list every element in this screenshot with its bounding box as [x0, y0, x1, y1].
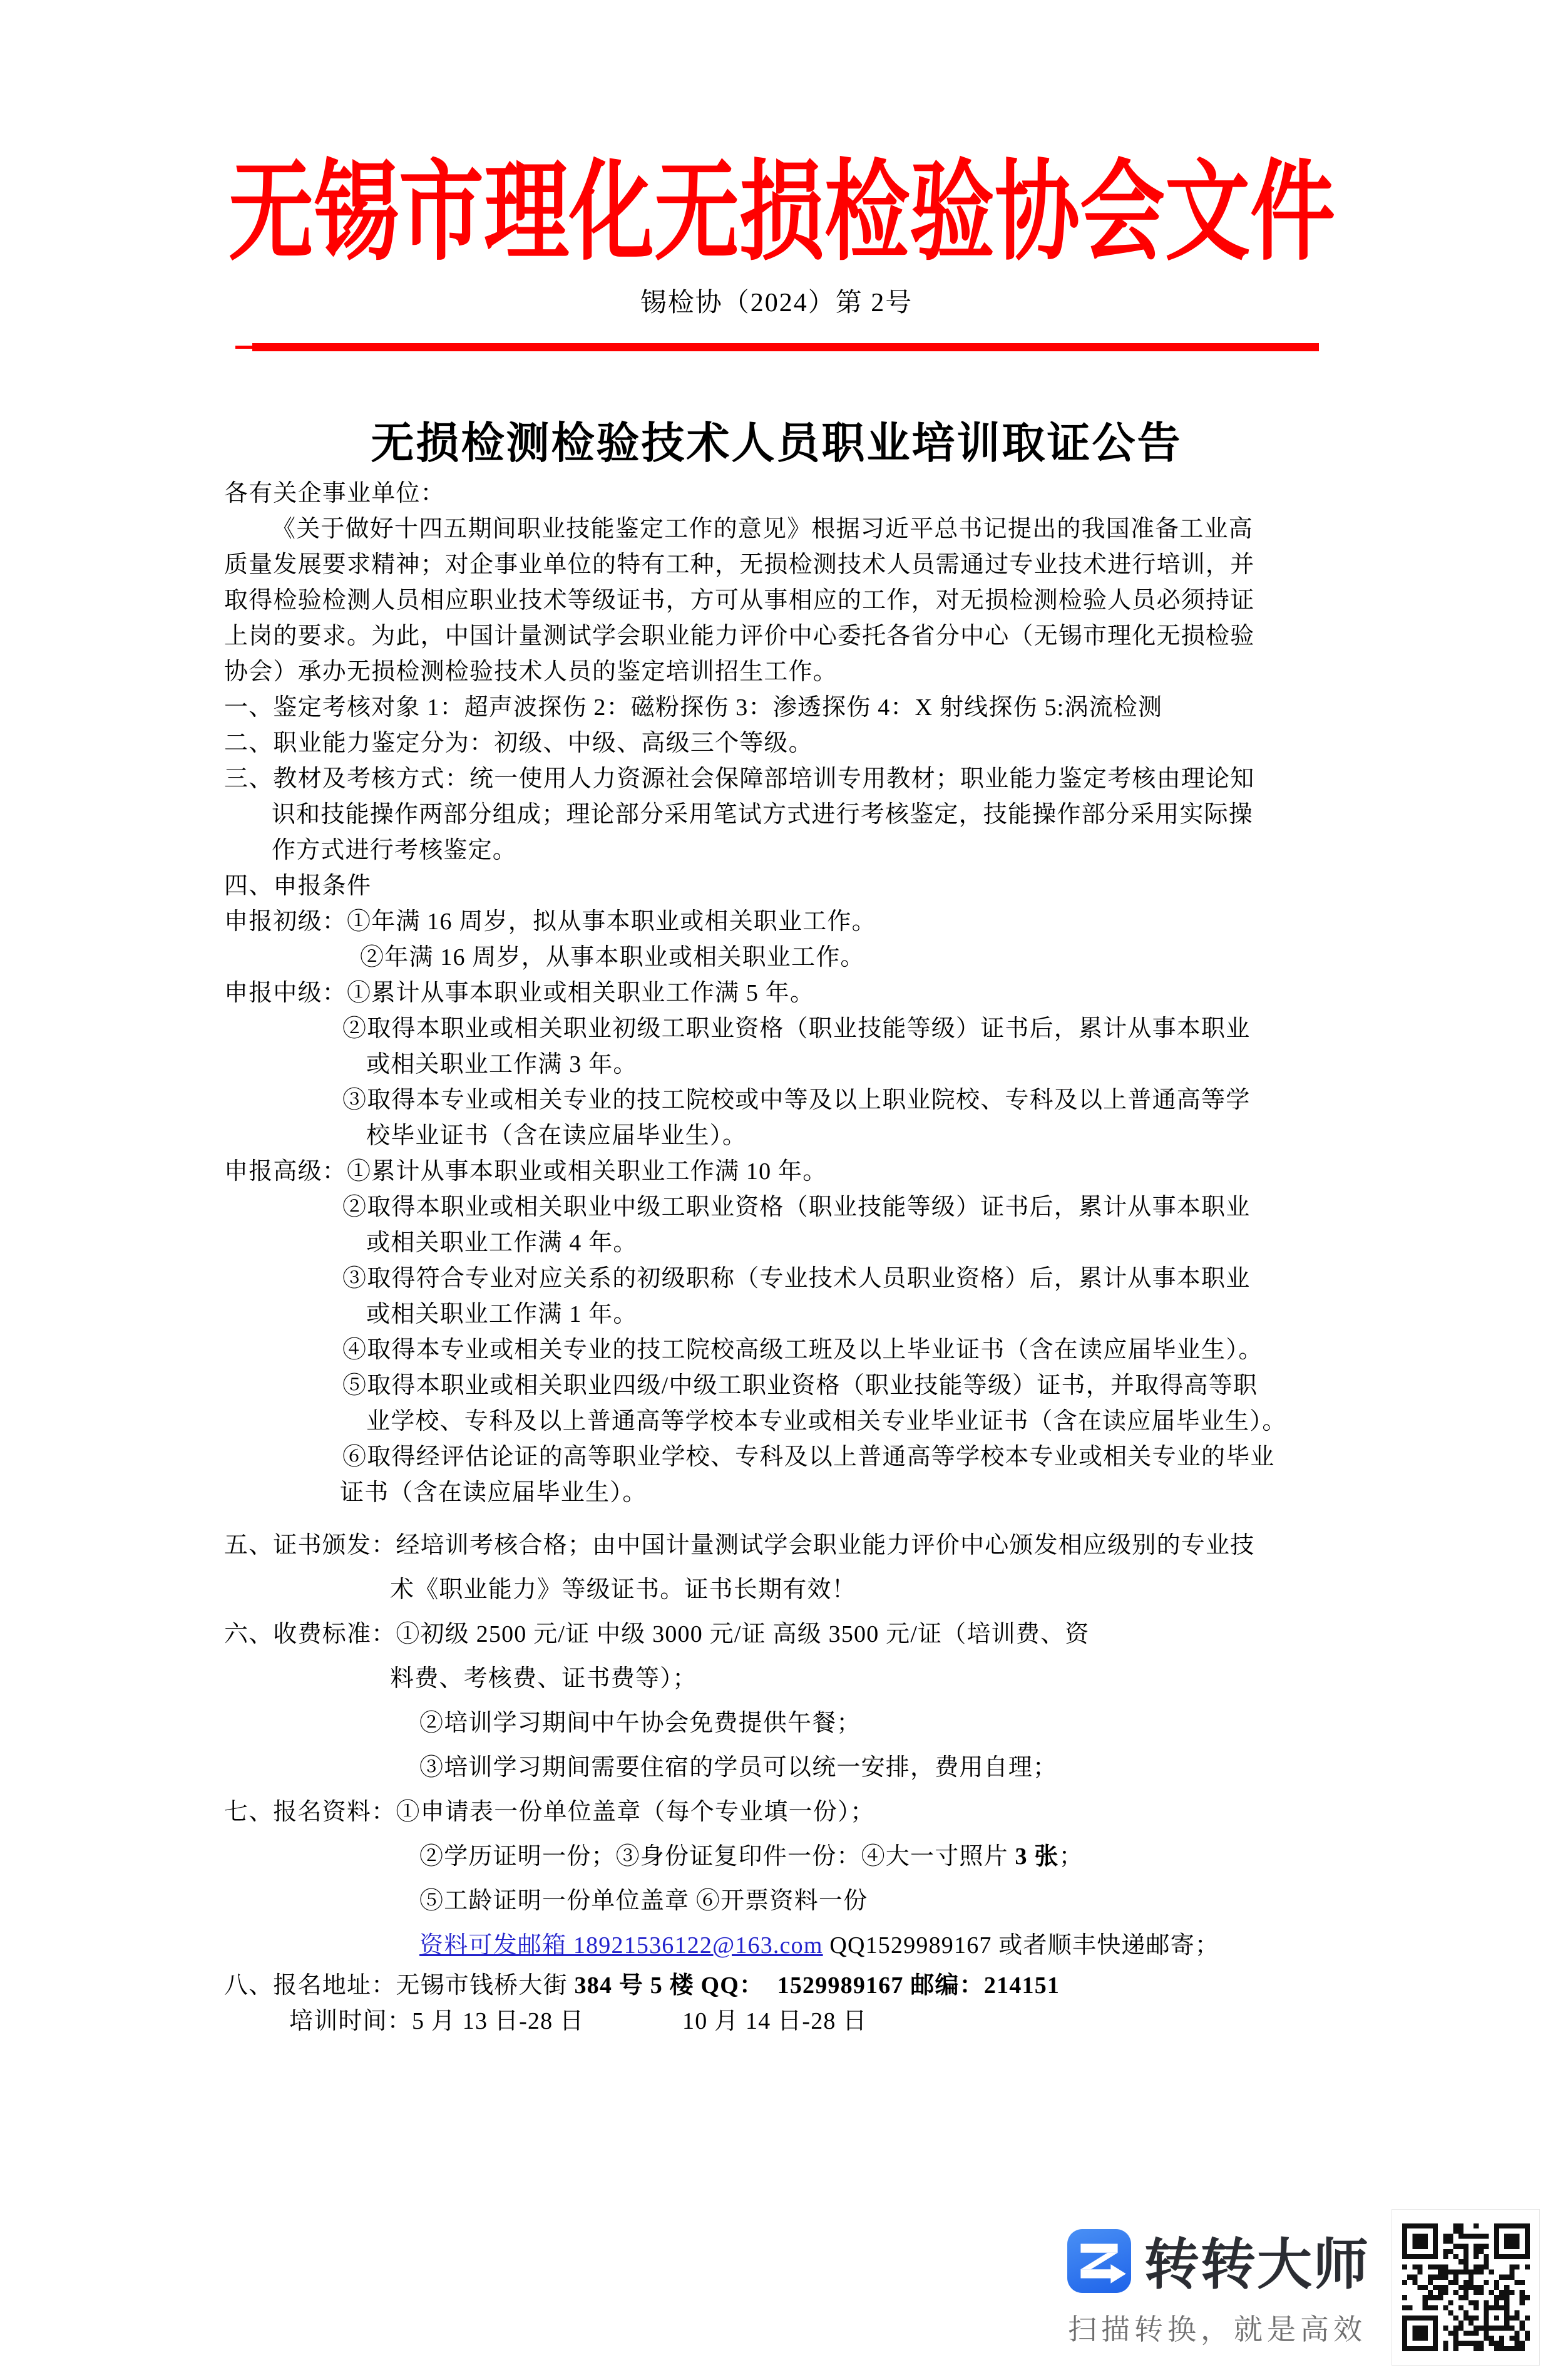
body-line: 识和技能操作两部分组成；理论部分采用笔试方式进行考核鉴定，技能操作部分采用实际操	[224, 797, 1327, 833]
body-line: 三、教材及考核方式：统一使用人力资源社会保障部培训专用教材；职业能力鉴定考核由理…	[224, 761, 1327, 797]
body-line: 协会）承办无损检测检验技术人员的鉴定培训招生工作。	[224, 654, 1327, 690]
notice-body: 各有关企事业单位：《关于做好十四五期间职业技能鉴定工作的意见》根据习近平总书记提…	[224, 476, 1327, 2039]
org-title-char: 市	[399, 124, 484, 281]
body-text: 八、报名地址：无锡市钱桥大街	[224, 1972, 575, 1999]
email-link[interactable]: 资料可发邮箱 18921536122@163.com	[419, 1932, 823, 1959]
org-title-char: 无	[228, 124, 314, 281]
body-text: ②培训学习期间中午协会免费提供午餐；	[419, 1710, 861, 1736]
body-line: 或相关职业工作满 4 年。	[224, 1225, 1327, 1261]
body-line: ③取得符合专业对应关系的初级职称（专业技术人员职业资格）后，累计从事本职业	[224, 1261, 1327, 1297]
body-line: 七、报名资料：①申请表一份单位盖章（每个专业填一份）；	[224, 1790, 1327, 1835]
body-line: 作方式进行考核鉴定。	[224, 833, 1327, 868]
org-title-char: 协	[995, 124, 1080, 281]
body-text: 四、申报条件	[224, 873, 371, 899]
body-text: ④取得本专业或相关专业的技工院校高级工班及以上毕业证书（含在读应届毕业生）。	[342, 1337, 1263, 1363]
brand-logo	[1067, 2229, 1131, 2293]
body-text: ⑤取得本职业或相关职业四级/中级工职业资格（职业技能等级）证书，并取得高等职	[342, 1373, 1258, 1399]
body-line: ③取得本专业或相关专业的技工院校或中等及以上职业院校、专科及以上普通高等学	[224, 1083, 1327, 1118]
body-line: 料费、考核费、证书费等）；	[224, 1657, 1327, 1701]
body-text: 取得检验检测人员相应职业技术等级证书，方可从事相应的工作，对无损检测检验人员必须…	[224, 587, 1254, 614]
body-text: ②取得本职业或相关职业中级工职业资格（职业技能等级）证书后，累计从事本职业	[342, 1194, 1250, 1220]
org-title-char: 检	[824, 124, 910, 281]
brand-name: 转转大师	[1144, 2227, 1376, 2294]
org-title-char: 化	[569, 124, 654, 281]
body-text: 质量发展要求精神；对企事业单位的特有工种，无损检测技术人员需通过专业技术进行培训…	[224, 552, 1254, 578]
org-title-char: 验	[910, 124, 995, 281]
body-line: 证书（含在读应届毕业生）。	[224, 1475, 1327, 1511]
body-text: 六、收费标准：①初级 2500 元/证 中级 3000 元/证 高级 3500 …	[224, 1621, 1089, 1647]
qr-panel	[1392, 2209, 1540, 2366]
org-title-char: 损	[739, 124, 824, 281]
body-text: 培训时间：5 月 13 日-28 日 10 月 14 日-28 日	[289, 2008, 868, 2034]
brand-tagline: 扫描转换，就是高效	[1068, 2307, 1393, 2348]
qr-code	[1402, 2223, 1530, 2351]
body-text: 或相关职业工作满 4 年。	[366, 1230, 638, 1256]
body-text: 各有关企事业单位：	[224, 480, 445, 507]
body-line: 八、报名地址：无锡市钱桥大街 384 号 5 楼 QQ： 1529989167 …	[224, 1968, 1327, 2004]
body-line: 各有关企事业单位：	[224, 476, 1327, 512]
body-text: 一、鉴定考核对象 1：超声波探伤 2：磁粉探伤 3：渗透探伤 4：X 射线探伤 …	[224, 694, 1162, 721]
red-divider-dash	[235, 346, 252, 349]
body-line: 《关于做好十四五期间职业技能鉴定工作的意见》根据习近平总书记提出的我国准备工业高	[224, 512, 1327, 547]
body-line: 六、收费标准：①初级 2500 元/证 中级 3000 元/证 高级 3500 …	[224, 1612, 1327, 1657]
body-line: 资料可发邮箱 18921536122@163.com QQ1529989167 …	[224, 1924, 1327, 1968]
body-line: 申报中级：①累计从事本职业或相关职业工作满 5 年。	[224, 976, 1327, 1011]
body-line: ③培训学习期间需要住宿的学员可以统一安排，费用自理；	[224, 1746, 1327, 1790]
body-line: ⑥取得经评估论证的高等职业学校、专科及以上普通高等学校本专业或相关专业的毕业	[224, 1440, 1327, 1475]
document-page: 无锡市理化无损检验协会文件 锡检协（2024）第 2号 无损检测检验技术人员职业…	[0, 0, 1553, 2380]
body-text: ；	[1059, 1843, 1084, 1870]
body-line: 五、证书颁发：经培训考核合格；由中国计量测试学会职业能力评价中心颁发相应级别的专…	[224, 1523, 1327, 1568]
body-text: 三、教材及考核方式：统一使用人力资源社会保障部培训专用教材；职业能力鉴定考核由理…	[224, 766, 1254, 792]
body-text: 或相关职业工作满 1 年。	[366, 1301, 638, 1327]
org-title-char: 理	[484, 124, 569, 281]
body-line: 术《职业能力》等级证书。证书长期有效！	[224, 1568, 1327, 1612]
body-text: QQ1529989167 或者顺丰快递邮寄；	[823, 1932, 1220, 1959]
body-line: ②取得本职业或相关职业初级工职业资格（职业技能等级）证书后，累计从事本职业	[224, 1011, 1327, 1047]
body-text: 申报高级：①累计从事本职业或相关职业工作满 10 年。	[224, 1158, 827, 1185]
org-title-char: 锡	[314, 124, 399, 281]
body-line: 业学校、专科及以上普通高等学校本专业或相关专业毕业证书（含在读应届毕业生）。	[224, 1404, 1327, 1440]
org-header-title: 无锡市理化无损检验协会文件	[228, 130, 1325, 274]
body-text: 七、报名资料：①申请表一份单位盖章（每个专业填一份）；	[224, 1799, 874, 1825]
org-title-char: 无	[654, 124, 739, 281]
body-line: 四、申报条件	[224, 868, 1327, 904]
body-text: ②年满 16 周岁，从事本职业或相关职业工作。	[360, 944, 865, 971]
body-line: 二、职业能力鉴定分为：初级、中级、高级三个等级。	[224, 726, 1327, 761]
body-line: 申报初级：①年满 16 周岁，拟从事本职业或相关职业工作。	[224, 904, 1327, 940]
body-text: ③取得本专业或相关专业的技工院校或中等及以上职业院校、专科及以上普通高等学	[342, 1087, 1250, 1113]
body-text: 术《职业能力》等级证书。证书长期有效！	[390, 1577, 856, 1603]
body-text: 料费、考核费、证书费等）；	[390, 1666, 697, 1692]
body-text: 证书（含在读应届毕业生）。	[340, 1480, 647, 1506]
body-text: 五、证书颁发：经培训考核合格；由中国计量测试学会职业能力评价中心颁发相应级别的专…	[224, 1532, 1254, 1558]
body-line: 或相关职业工作满 1 年。	[224, 1297, 1327, 1332]
body-text: ②学历证明一份；③身份证复印件一份：④大一寸照片	[419, 1843, 1015, 1870]
body-text: 或相关职业工作满 3 年。	[366, 1051, 638, 1078]
body-line: ⑤取得本职业或相关职业四级/中级工职业资格（职业技能等级）证书，并取得高等职	[224, 1368, 1327, 1404]
body-text: 校毕业证书（含在读应届毕业生）。	[366, 1123, 747, 1149]
body-line: 取得检验检测人员相应职业技术等级证书，方可从事相应的工作，对无损检测检验人员必须…	[224, 583, 1327, 619]
body-line: 培训时间：5 月 13 日-28 日 10 月 14 日-28 日	[224, 2004, 1327, 2039]
body-line: 上岗的要求。为此，中国计量测试学会职业能力评价中心委托各省分中心（无锡市理化无损…	[224, 619, 1327, 654]
body-line: ②取得本职业或相关职业中级工职业资格（职业技能等级）证书后，累计从事本职业	[224, 1190, 1327, 1225]
body-text: 识和技能操作两部分组成；理论部分采用笔试方式进行考核鉴定，技能操作部分采用实际操	[272, 801, 1253, 828]
body-line: ②培训学习期间中午协会免费提供午餐；	[224, 1701, 1327, 1746]
body-text: ⑤工龄证明一份单位盖章 ⑥开票资料一份	[419, 1888, 868, 1914]
body-line: 一、鉴定考核对象 1：超声波探伤 2：磁粉探伤 3：渗透探伤 4：X 射线探伤 …	[224, 690, 1327, 726]
org-title-char: 会	[1080, 124, 1165, 281]
red-divider-line	[252, 343, 1319, 351]
body-text: 申报中级：①累计从事本职业或相关职业工作满 5 年。	[224, 980, 814, 1006]
body-line: ⑤工龄证明一份单位盖章 ⑥开票资料一份	[224, 1879, 1327, 1924]
org-title-char: 文	[1165, 124, 1250, 281]
body-line: ②学历证明一份；③身份证复印件一份：④大一寸照片 3 张；	[224, 1835, 1327, 1879]
notice-title: 无损检测检验技术人员职业培训取证公告	[0, 408, 1553, 470]
body-line: 质量发展要求精神；对企事业单位的特有工种，无损检测技术人员需通过专业技术进行培训…	[224, 547, 1327, 583]
body-text: 作方式进行考核鉴定。	[272, 837, 517, 863]
body-line: 申报高级：①累计从事本职业或相关职业工作满 10 年。	[224, 1154, 1327, 1190]
body-text: 业学校、专科及以上普通高等学校本专业或相关专业毕业证书（含在读应届毕业生）。	[366, 1408, 1287, 1435]
body-line: 校毕业证书（含在读应届毕业生）。	[224, 1118, 1327, 1154]
z-arrow-icon	[1067, 2229, 1131, 2293]
body-text: 上岗的要求。为此，中国计量测试学会职业能力评价中心委托各省分中心（无锡市理化无损…	[224, 623, 1254, 649]
body-line: ④取得本专业或相关专业的技工院校高级工班及以上毕业证书（含在读应届毕业生）。	[224, 1332, 1327, 1368]
body-text: ②取得本职业或相关职业初级工职业资格（职业技能等级）证书后，累计从事本职业	[342, 1016, 1250, 1042]
doc-number: 锡检协（2024）第 2号	[0, 282, 1553, 319]
body-text: 《关于做好十四五期间职业技能鉴定工作的意见》根据习近平总书记提出的我国准备工业高	[272, 516, 1253, 542]
body-text: ③培训学习期间需要住宿的学员可以统一安排，费用自理；	[419, 1754, 1057, 1781]
body-text: 3 张	[1015, 1843, 1059, 1870]
body-text: ⑥取得经评估论证的高等职业学校、专科及以上普通高等学校本专业或相关专业的毕业	[342, 1444, 1275, 1470]
body-text: ③取得符合专业对应关系的初级职称（专业技术人员职业资格）后，累计从事本职业	[342, 1265, 1250, 1292]
body-text: 申报初级：①年满 16 周岁，拟从事本职业或相关职业工作。	[224, 909, 876, 935]
body-line: 或相关职业工作满 3 年。	[224, 1047, 1327, 1083]
body-text: 二、职业能力鉴定分为：初级、中级、高级三个等级。	[224, 730, 813, 756]
org-title-char: 件	[1250, 124, 1335, 281]
body-text: 协会）承办无损检测检验技术人员的鉴定培训招生工作。	[224, 659, 838, 685]
body-line: ②年满 16 周岁，从事本职业或相关职业工作。	[224, 940, 1327, 976]
body-text: 384 号 5 楼 QQ： 1529989167 邮编：214151	[575, 1972, 1060, 1999]
